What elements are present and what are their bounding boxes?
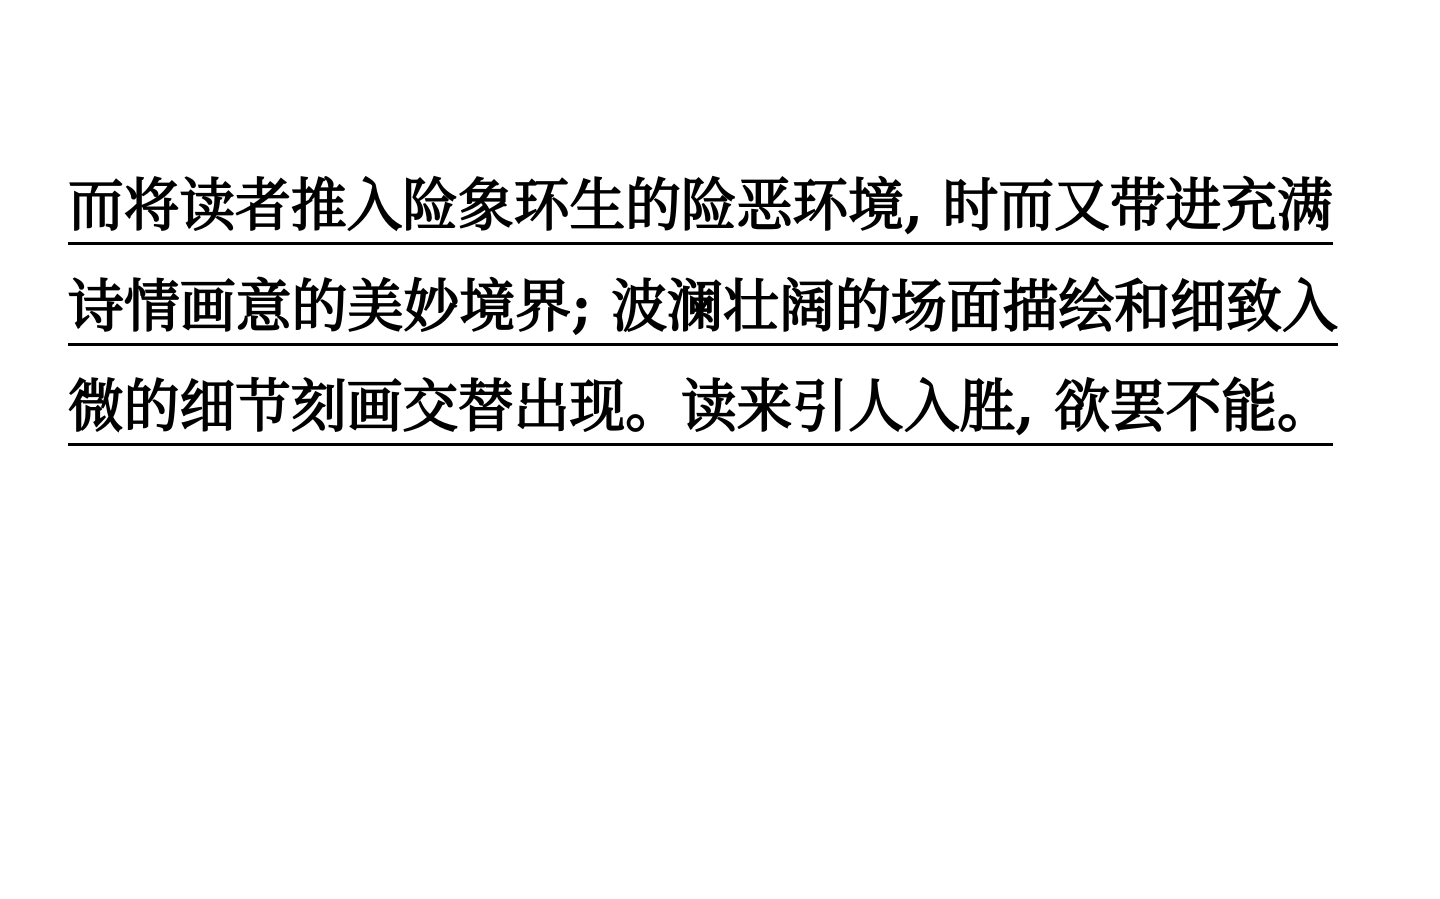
text-line-3-content: 微的细节刻画交替出现。读来引人入胜, 欲罢不能。 bbox=[68, 371, 1333, 443]
text-line-1: 而将读者推入险象环生的险恶环境, 时而又带进充满 bbox=[68, 170, 1333, 245]
text-line-2: 诗情画意的美妙境界; 波澜壮阔的场面描绘和细致入 bbox=[68, 271, 1338, 346]
text-line-1-content: 而将读者推入险象环生的险恶环境, 时而又带进充满 bbox=[68, 170, 1333, 242]
text-line-3: 微的细节刻画交替出现。读来引人入胜, 欲罢不能。 bbox=[68, 371, 1333, 446]
text-line-2-content: 诗情画意的美妙境界; 波澜壮阔的场面描绘和细致入 bbox=[68, 271, 1338, 343]
